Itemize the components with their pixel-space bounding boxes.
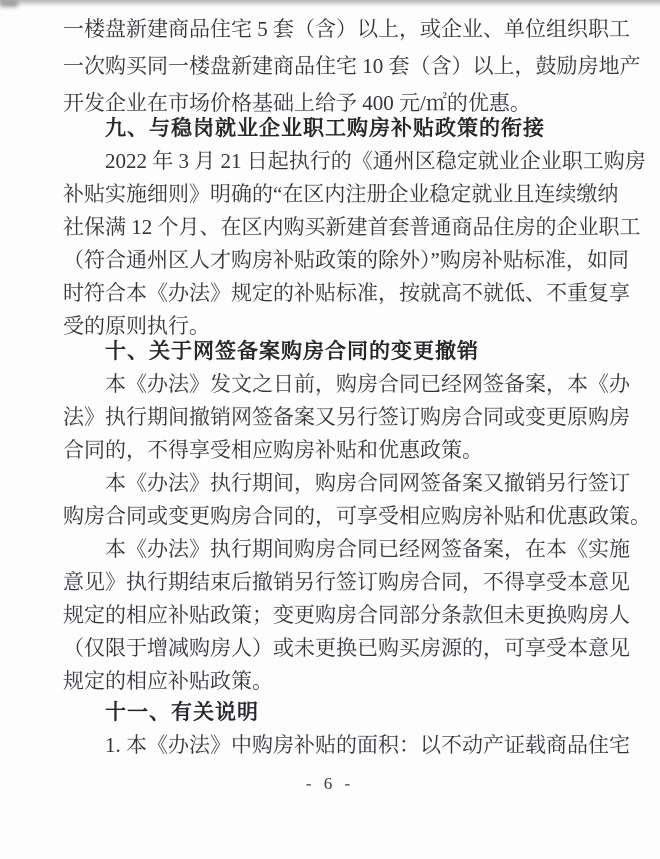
body-line: 本《办法》执行期间，购房合同网签备案又撤销另行签订 xyxy=(63,467,579,500)
section-10-heading: 十、关于网签备案购房合同的变更撤销 xyxy=(63,335,579,368)
body-line: 本《办法》执行期间购房合同已经网签备案，在本《实施 xyxy=(63,533,579,566)
section-11-heading: 十一、有关说明 xyxy=(63,696,579,729)
section-10-paragraph-1: 本《办法》发文之日前，购房合同已经网签备案，本《办 法》执行期间撤销网签备案又另… xyxy=(63,368,579,467)
body-line: （符合通州区人才购房补贴政策的除外）”购房补贴标准，如同 xyxy=(63,244,579,277)
body-line: 1. 本《办法》中购房补贴的面积：以不动产证载商品住宅 xyxy=(63,729,579,762)
body-line: 一楼盘新建商品住宅 5 套（含）以上，或企业、单位组织职工 xyxy=(63,11,579,48)
body-line: 社保满 12 个月、在区内购买新建首套普通商品住房的企业职工 xyxy=(63,211,579,244)
section-11-paragraph: 1. 本《办法》中购房补贴的面积：以不动产证载商品住宅 xyxy=(63,729,579,762)
intro-paragraph: 一楼盘新建商品住宅 5 套（含）以上，或企业、单位组织职工 一次购买同一楼盘新建… xyxy=(63,11,579,122)
body-line: 本《办法》发文之日前，购房合同已经网签备案，本《办 xyxy=(63,368,579,401)
section-10-paragraph-2: 本《办法》执行期间，购房合同网签备案又撤销另行签订 购房合同或变更购房合同的，可… xyxy=(63,467,579,533)
document-body: 一楼盘新建商品住宅 5 套（含）以上，或企业、单位组织职工 一次购买同一楼盘新建… xyxy=(63,0,579,798)
body-line: （仅限于增减购房人）或未更换已购买房源的，可享受本意见 xyxy=(63,632,579,665)
body-line: 2022 年 3 月 21 日起执行的《通州区稳定就业企业职工购房 xyxy=(63,145,579,178)
body-line: 法》执行期间撤销网签备案又另行签订购房合同或变更原购房 xyxy=(63,401,579,434)
body-line: 购房合同或变更购房合同的，可享受相应购房补贴和优惠政策。 xyxy=(63,500,579,533)
section-9-heading: 九、与稳岗就业企业职工购房补贴政策的衔接 xyxy=(63,112,579,145)
scan-corner-smudge xyxy=(0,0,18,7)
body-line: 补贴实施细则》明确的“在区内注册企业稳定就业且连续缴纳 xyxy=(63,178,579,211)
section-10-paragraph-3: 本《办法》执行期间购房合同已经网签备案，在本《实施 意见》执行期结束后撤销另行签… xyxy=(63,533,579,698)
body-line: 合同的，不得享受相应购房补贴和优惠政策。 xyxy=(63,434,579,467)
scanned-document-page: 一楼盘新建商品住宅 5 套（含）以上，或企业、单位组织职工 一次购买同一楼盘新建… xyxy=(0,0,660,859)
section-9-paragraph: 2022 年 3 月 21 日起执行的《通州区稳定就业企业职工购房 补贴实施细则… xyxy=(63,145,579,343)
body-line: 一次购买同一楼盘新建商品住宅 10 套（含）以上，鼓励房地产 xyxy=(63,48,579,85)
body-line: 规定的相应补贴政策。 xyxy=(63,665,579,698)
body-line: 时符合本《办法》规定的补贴标准，按就高不就低、不重复享 xyxy=(63,277,579,310)
page-number: - 6 - xyxy=(0,770,660,798)
body-line: 规定的相应补贴政策；变更购房合同部分条款但未更换购房人 xyxy=(63,599,579,632)
body-line: 意见》执行期结束后撤销另行签订购房合同，不得享受本意见 xyxy=(63,566,579,599)
